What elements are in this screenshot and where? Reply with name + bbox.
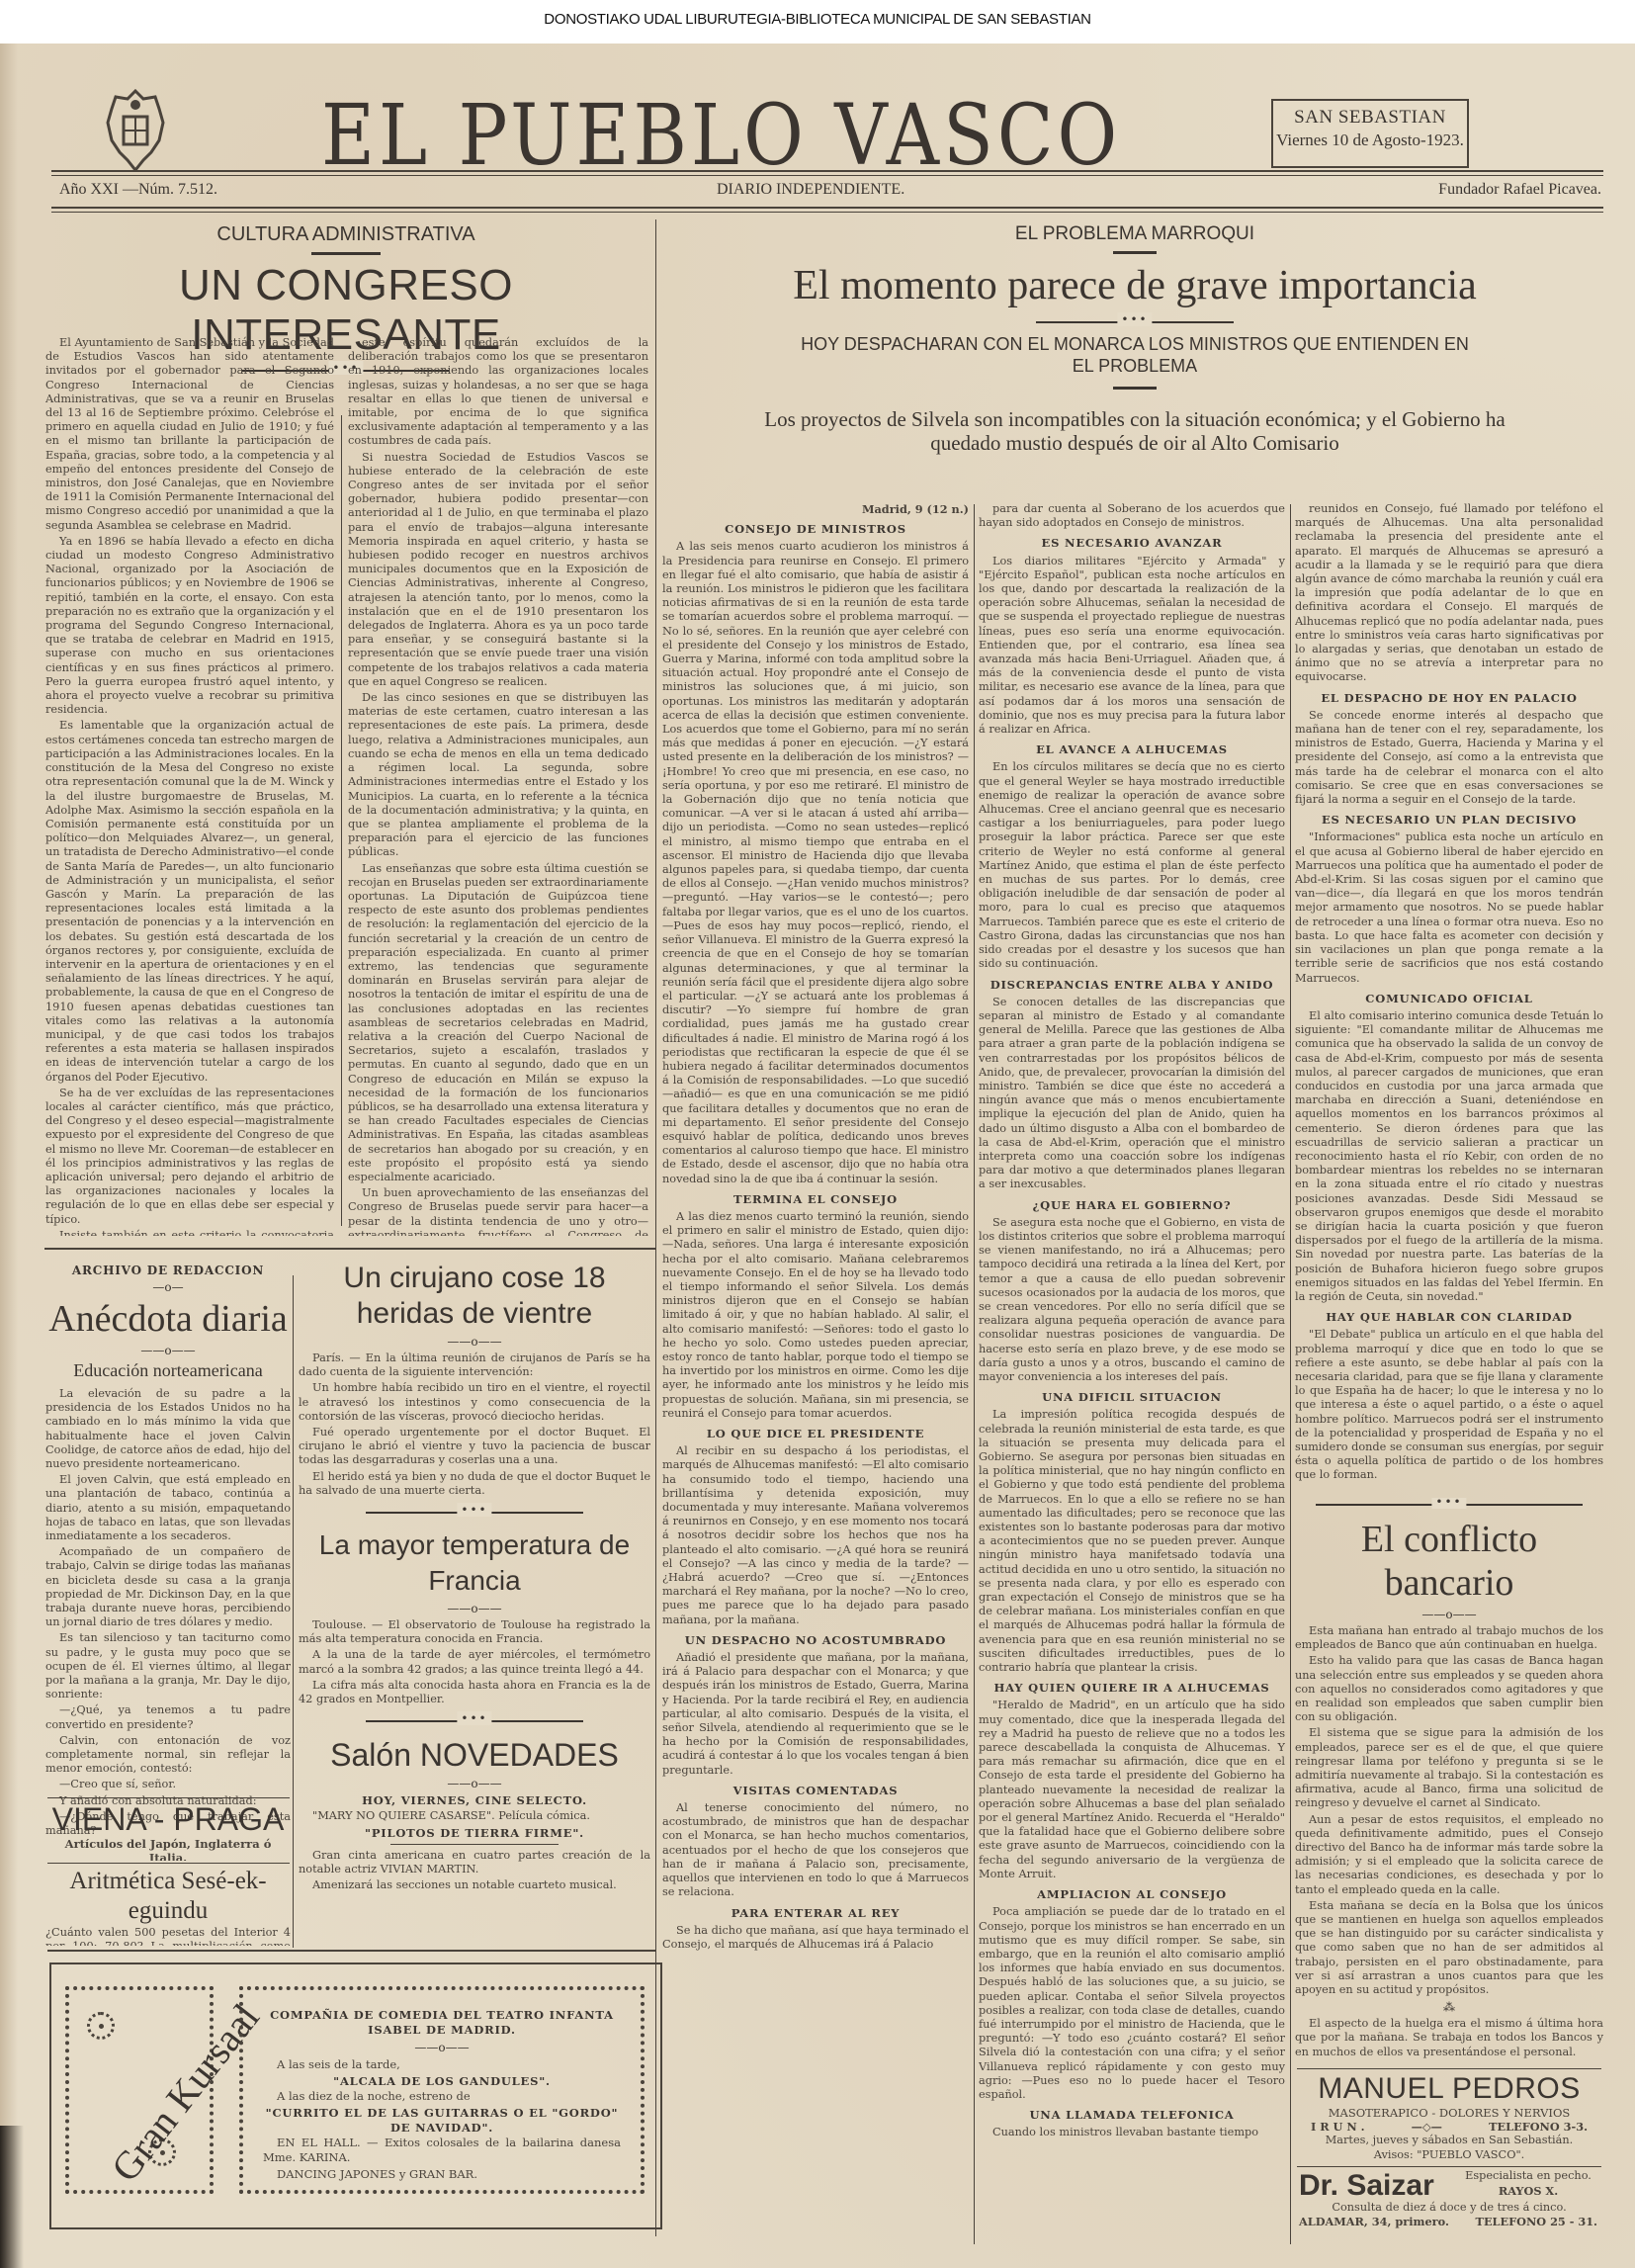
column-rule <box>293 1275 294 1948</box>
paragraph: —¿Qué, ya tenemos a tu padre convertido … <box>45 1703 291 1731</box>
kicker-dash <box>311 252 381 255</box>
section-text: Cuando los ministros llevaban bastante t… <box>979 2126 1285 2139</box>
section-text: Al tenerse conocimiento del número, no a… <box>662 1801 969 1899</box>
section-text: "Heraldo de Madrid", en un artículo que … <box>979 1699 1285 1881</box>
section-rule <box>47 1950 655 1952</box>
ad-rule <box>1297 2166 1601 2167</box>
paragraph: Las enseñanzas que sobre esta última cue… <box>348 862 648 1185</box>
gran-kursaal-ad: Gran Kursaal COMPAÑIA DE COMEDIA DEL TEA… <box>49 1963 662 2229</box>
paragraph: Toulouse. — El observatorio de Toulouse … <box>299 1618 650 1646</box>
pedros-city: I R U N . <box>1311 2120 1365 2134</box>
column-rule <box>341 415 342 1226</box>
saizar-hours: Consulta de diez á doce y de tres á cinc… <box>1297 2201 1601 2215</box>
paragraph: París. — En la última reunión de cirujan… <box>299 1352 650 1379</box>
aritmetica-text: ¿Cuánto valen 500 pesetas del Interior 4… <box>45 1926 291 1946</box>
pedros-line3: Martes, jueves y sábados en San Sebastiá… <box>1297 2134 1601 2147</box>
kicker-dash <box>1113 251 1157 254</box>
section-head: ES NECESARIO UN PLAN DECISIVO <box>1295 813 1603 827</box>
founder: Fundador Rafael Picavea. <box>1438 181 1601 199</box>
section-head: LO QUE DICE EL PRESIDENTE <box>662 1427 969 1440</box>
section-text: reunidos en Consejo, fué llamado por tel… <box>1295 502 1603 685</box>
kursaal-brand-box: Gran Kursaal <box>65 1986 214 2194</box>
section-head: UN DESPACHO NO ACOSTUMBRADO <box>662 1633 969 1647</box>
kursaal-line: "CURRITO EL DE LAS GUITARRAS O EL "GORDO… <box>263 2106 621 2136</box>
manuel-pedros-ad: MANUEL PEDROS MASOTERAPICO - DOLORES Y N… <box>1297 2072 1601 2166</box>
section-text: Se ha dicho que mañana, así que haya ter… <box>662 1924 969 1952</box>
divider <box>390 1844 559 1845</box>
section-text: Al recibir en su despacho á los periodis… <box>662 1444 969 1627</box>
small-ornament: ——o—— <box>299 1603 650 1614</box>
temperatura-headline: La mayor temperatura de Francia <box>299 1527 650 1599</box>
dateline: Madrid, 9 (12 n.) <box>662 502 969 516</box>
congreso-col-1: El Ayuntamiento de San Sebastián y la So… <box>45 336 334 1236</box>
paragraph: Insiste también en este criterio la conv… <box>45 1229 334 1236</box>
bancario-headline: El conflicto bancario <box>1295 1518 1603 1605</box>
paragraph: De las cinco sesiones en que se distribu… <box>348 691 648 859</box>
paragraph: Calvin, con entonación de voz completame… <box>45 1734 291 1777</box>
section-text: En los círculos militares se decía que n… <box>979 760 1285 971</box>
section-head: HAY QUIEN QUIERE IR A ALHUCEMAS <box>979 1681 1285 1695</box>
section-head: EL AVANCE A ALHUCEMAS <box>979 742 1285 756</box>
paragraph: este espíritu quedarán excluídos de la d… <box>348 336 648 449</box>
paragraph: A la una de la tarde de ayer miércoles, … <box>299 1648 650 1676</box>
page-shadow <box>0 2126 24 2268</box>
paragraph: Fué operado urgentemente por el doctor B… <box>299 1426 650 1468</box>
section-text: Se conocen detalles de las discrepancias… <box>979 996 1285 1192</box>
viena-praga-ad: VIENA - PRAGA Artículos del Japón, Ingla… <box>45 1801 291 1861</box>
paragraph: El joven Calvin, que está empleado en un… <box>45 1473 291 1543</box>
section-text: "Informaciones" publica esta noche un ar… <box>1295 830 1603 985</box>
cirujano-headline: Un cirujano cose 18 heridas de vientre <box>299 1261 650 1332</box>
issue-date: Viernes 10 de Agosto-1923. <box>1273 131 1467 150</box>
anecdota-subhead: Educación norteamericana <box>45 1360 291 1381</box>
section-head: COMUNICADO OFICIAL <box>1295 992 1603 1005</box>
section-text: El alto comisario interino comunica desd… <box>1295 1009 1603 1304</box>
section-text: A las diez menos cuarto terminó la reuni… <box>662 1210 969 1421</box>
congreso-kicker: CULTURA ADMINISTRATIVA <box>40 223 652 246</box>
anecdota-kicker: ARCHIVO DE REDACCION <box>45 1264 291 1277</box>
bancario-body: Esta mañana han entrado al trabajo mucho… <box>1295 1624 1603 2059</box>
saizar-address: ALDAMAR, 34, primero. <box>1299 2215 1449 2228</box>
viena-praga-title: VIENA - PRAGA <box>45 1801 291 1837</box>
deck-dash <box>1113 387 1157 390</box>
coat-of-arms-icon <box>104 89 167 172</box>
ornament-rule <box>1316 1502 1583 1508</box>
section-head: AMPLIACION AL CONSEJO <box>979 1887 1285 1901</box>
ad-rule <box>47 1863 290 1864</box>
marroqui-deck-1: HOY DESPACHARAN CON EL MONARCA LOS MINIS… <box>789 333 1481 377</box>
marroqui-deck-2: Los proyectos de Silvela son incompatibl… <box>744 407 1525 455</box>
section-head: PARA ENTERAR AL REY <box>662 1906 969 1920</box>
section-head: TERMINA EL CONSEJO <box>662 1192 969 1206</box>
novedades-title: Salón NOVEDADES <box>299 1736 650 1774</box>
paragraph: Acompañado de un compañero de trabajo, C… <box>45 1545 291 1629</box>
marroqui-header: EL PROBLEMA MARROQUI El momento parece d… <box>660 219 1609 501</box>
novedades-line: "PILOTOS DE TIERRA FIRME". <box>299 1826 650 1840</box>
aritmetica-title: Aritmética Sesé-ek-eguindu <box>45 1867 291 1926</box>
small-ornament: —◇— <box>1412 2120 1442 2134</box>
masthead-rule <box>51 170 1603 176</box>
paragraph: El herido está ya bien y no duda de que … <box>299 1470 650 1498</box>
marroqui-col-1: Madrid, 9 (12 n.) CONSEJO DE MINISTROS A… <box>662 502 969 2237</box>
paragraph: La elevación de su padre a la presidenci… <box>45 1387 291 1471</box>
paragraph: Si nuestra Sociedad de Estudios Vascos s… <box>348 451 648 689</box>
small-ornament: ——o—— <box>299 1336 650 1348</box>
section-text: "El Debate" publica un artículo en el qu… <box>1295 1328 1603 1482</box>
paragraph: Un buen aprovechamiento de las enseñanza… <box>348 1186 648 1236</box>
middle-left-column: Un cirujano cose 18 heridas de vientre —… <box>299 1261 650 1953</box>
ad-rule <box>47 1797 290 1798</box>
paragraph: Ya en 1896 se había llevado a efecto en … <box>45 535 334 718</box>
section-head: UNA DIFICIL SITUACION <box>979 1390 1285 1404</box>
column-rule <box>655 219 656 2236</box>
paragraph: El aspecto de la huelga era el mismo á ú… <box>1295 2017 1603 2059</box>
novedades-line: Gran cinta americana en cuatro partes cr… <box>299 1849 650 1876</box>
novedades-line: HOY, VIERNES, CINE SELECTO. <box>299 1793 650 1807</box>
cirujano-body: París. — En la última reunión de cirujan… <box>299 1352 650 1498</box>
section-text: Los diarios militares "Ejército y Armada… <box>979 555 1285 738</box>
small-ornament: ——o—— <box>263 2042 621 2053</box>
section-text: La impresión política recogida después d… <box>979 1408 1285 1675</box>
column-rule <box>974 504 975 2244</box>
anecdota-headline: Anécdota diaria <box>45 1297 291 1341</box>
kursaal-line: A las seis de la tarde, <box>263 2057 621 2072</box>
pedros-line1: MASOTERAPICO - DOLORES Y NERVIOS <box>1297 2106 1601 2120</box>
small-ornament: ——o—— <box>1295 1609 1603 1620</box>
section-head: HAY QUE HABLAR CON CLARIDAD <box>1295 1310 1603 1324</box>
saizar-spec: Especialista en pecho. <box>1459 2169 1597 2183</box>
section-head: UNA LLAMADA TELEFONICA <box>979 2108 1285 2122</box>
small-ornament: ——o—— <box>45 1345 291 1356</box>
paragraph: La cifra más alta conocida hasta ahora e… <box>299 1679 650 1706</box>
marroqui-col-3: reunidos en Consejo, fué llamado por tel… <box>1295 502 1603 1491</box>
city-label: SAN SEBASTIAN <box>1273 107 1467 129</box>
paragraph: Se ha de ver excluídas de las representa… <box>45 1087 334 1227</box>
marroqui-col-2: para dar cuenta al Soberano de los acuer… <box>979 502 1285 2237</box>
column-rule <box>1290 504 1291 2244</box>
ornament-rule <box>366 1510 583 1516</box>
saizar-rayos: RAYOS X. <box>1459 2184 1597 2198</box>
pedros-contact-row: I R U N . —◇— TELEFONO 3-3. <box>1297 2120 1601 2134</box>
tagline: DIARIO INDEPENDIENTE. <box>717 181 904 199</box>
section-text: A las seis menos cuarto acudieron los mi… <box>662 540 969 1185</box>
temperatura-body: Toulouse. — El observatorio de Toulouse … <box>299 1618 650 1706</box>
paragraph: Aun a pesar de estos requisitos, el empl… <box>1295 1813 1603 1897</box>
page-edge <box>0 44 18 2268</box>
dr-saizar-ad: Dr. Saizar Especialista en pecho. RAYOS … <box>1297 2169 1601 2228</box>
novedades-line: Amenizará las secciones un notable cuart… <box>299 1878 650 1892</box>
section-text: Poca ampliación se puede dar de lo trata… <box>979 1905 1285 2102</box>
saizar-name: Dr. Saizar <box>1299 2169 1434 2203</box>
ornament-rule <box>1036 319 1234 325</box>
paragraph: —Creo que sí, señor. <box>45 1778 291 1791</box>
section-head: DISCREPANCIAS ENTRE ALBA Y ANIDO <box>979 978 1285 992</box>
masthead-rule-bottom <box>51 207 1603 213</box>
paragraph: Esto ha valido para que las casas de Ban… <box>1295 1654 1603 1724</box>
section-text: Se asegura esta noche que el Gobierno, e… <box>979 1216 1285 1384</box>
congreso-col-2: este espíritu quedarán excluídos de la d… <box>348 336 648 1236</box>
pedros-line4: Avisos: "PUEBLO VASCO". <box>1297 2148 1601 2162</box>
viena-praga-text: Artículos del Japón, Inglaterra ó Italia… <box>45 1837 291 1861</box>
paragraph: Esta mañana se decía en la Bolsa que los… <box>1295 1899 1603 1997</box>
small-ornament: ——o—— <box>299 1778 650 1789</box>
section-head: EL DESPACHO DE HOY EN PALACIO <box>1295 691 1603 705</box>
small-ornament: —o— <box>45 1281 291 1293</box>
section-rule <box>44 1248 655 1250</box>
kursaal-program: COMPAÑIA DE COMEDIA DEL TEATRO INFANTA I… <box>239 1986 645 2194</box>
saizar-phone: TELEFONO 25 - 31. <box>1476 2215 1597 2228</box>
section-head: VISITAS COMENTADAS <box>662 1784 969 1797</box>
paragraph: Es tan silencioso y tan taciturno como s… <box>45 1631 291 1701</box>
kursaal-line: DANCING JAPONES y GRAN BAR. <box>263 2167 621 2182</box>
anecdota-body: La elevación de su padre a la presidenci… <box>45 1387 291 1838</box>
archive-banner: DONOSTIAKO UDAL LIBURUTEGIA-BIBLIOTECA M… <box>0 0 1635 44</box>
aritmetica-ad: Aritmética Sesé-ek-eguindu ¿Cuánto valen… <box>45 1867 291 1946</box>
kursaal-line: EN EL HALL. — Exitos colosales de la bai… <box>263 2136 621 2165</box>
kursaal-company: COMPAÑIA DE COMEDIA DEL TEATRO INFANTA I… <box>263 2008 621 2038</box>
section-head: CONSEJO DE MINISTROS <box>662 522 969 536</box>
section-text: para dar cuenta al Soberano de los acuer… <box>979 502 1285 530</box>
masthead: EL PUEBLO VASCO SAN SEBASTIAN Viernes 10… <box>40 79 1601 178</box>
bancario-article: El conflicto bancario ——o—— Esta mañana … <box>1295 1498 1603 2071</box>
pedros-phone: TELEFONO 3-3. <box>1489 2120 1588 2134</box>
novedades-body: HOY, VIERNES, CINE SELECTO. "MARY NO QUI… <box>299 1793 650 1892</box>
issue-number: Año XXI —Núm. 7.512. <box>59 181 217 199</box>
marroqui-headline: El momento parece de grave importancia <box>660 260 1609 311</box>
ad-rule <box>1297 2068 1601 2069</box>
decorative-circle-icon <box>87 2012 115 2040</box>
asterism: ⁂ <box>1295 2001 1603 2013</box>
paragraph: El sistema que se sigue para la admisión… <box>1295 1726 1603 1810</box>
novedades-line: "MARY NO QUIERE CASARSE". Película cómic… <box>299 1809 650 1823</box>
section-head: ¿QUE HARA EL GOBIERNO? <box>979 1198 1285 1212</box>
date-box: SAN SEBASTIAN Viernes 10 de Agosto-1923. <box>1271 99 1469 168</box>
paragraph: Un hombre había recibido un tiro en el v… <box>299 1381 650 1424</box>
ornament-rule <box>366 1718 583 1724</box>
marroqui-kicker: EL PROBLEMA MARROQUI <box>660 223 1609 245</box>
section-head: ES NECESARIO AVANZAR <box>979 536 1285 550</box>
section-text: Se concede enorme interés al despacho qu… <box>1295 709 1603 807</box>
paragraph: Esta mañana han entrado al trabajo mucho… <box>1295 1624 1603 1652</box>
kursaal-line: A las diez de la noche, estreno de <box>263 2089 621 2104</box>
paragraph: Es lamentable que la organización actual… <box>45 719 334 1084</box>
masthead-subline: Año XXI —Núm. 7.512. DIARIO INDEPENDIENT… <box>59 181 1601 205</box>
kursaal-line: "ALCALA DE LOS GANDULES". <box>263 2074 621 2089</box>
pedros-name: MANUEL PEDROS <box>1297 2072 1601 2106</box>
section-text: Añadió el presidente que mañana, por la … <box>662 1651 969 1778</box>
paragraph: El Ayuntamiento de San Sebastián y la So… <box>45 336 334 533</box>
